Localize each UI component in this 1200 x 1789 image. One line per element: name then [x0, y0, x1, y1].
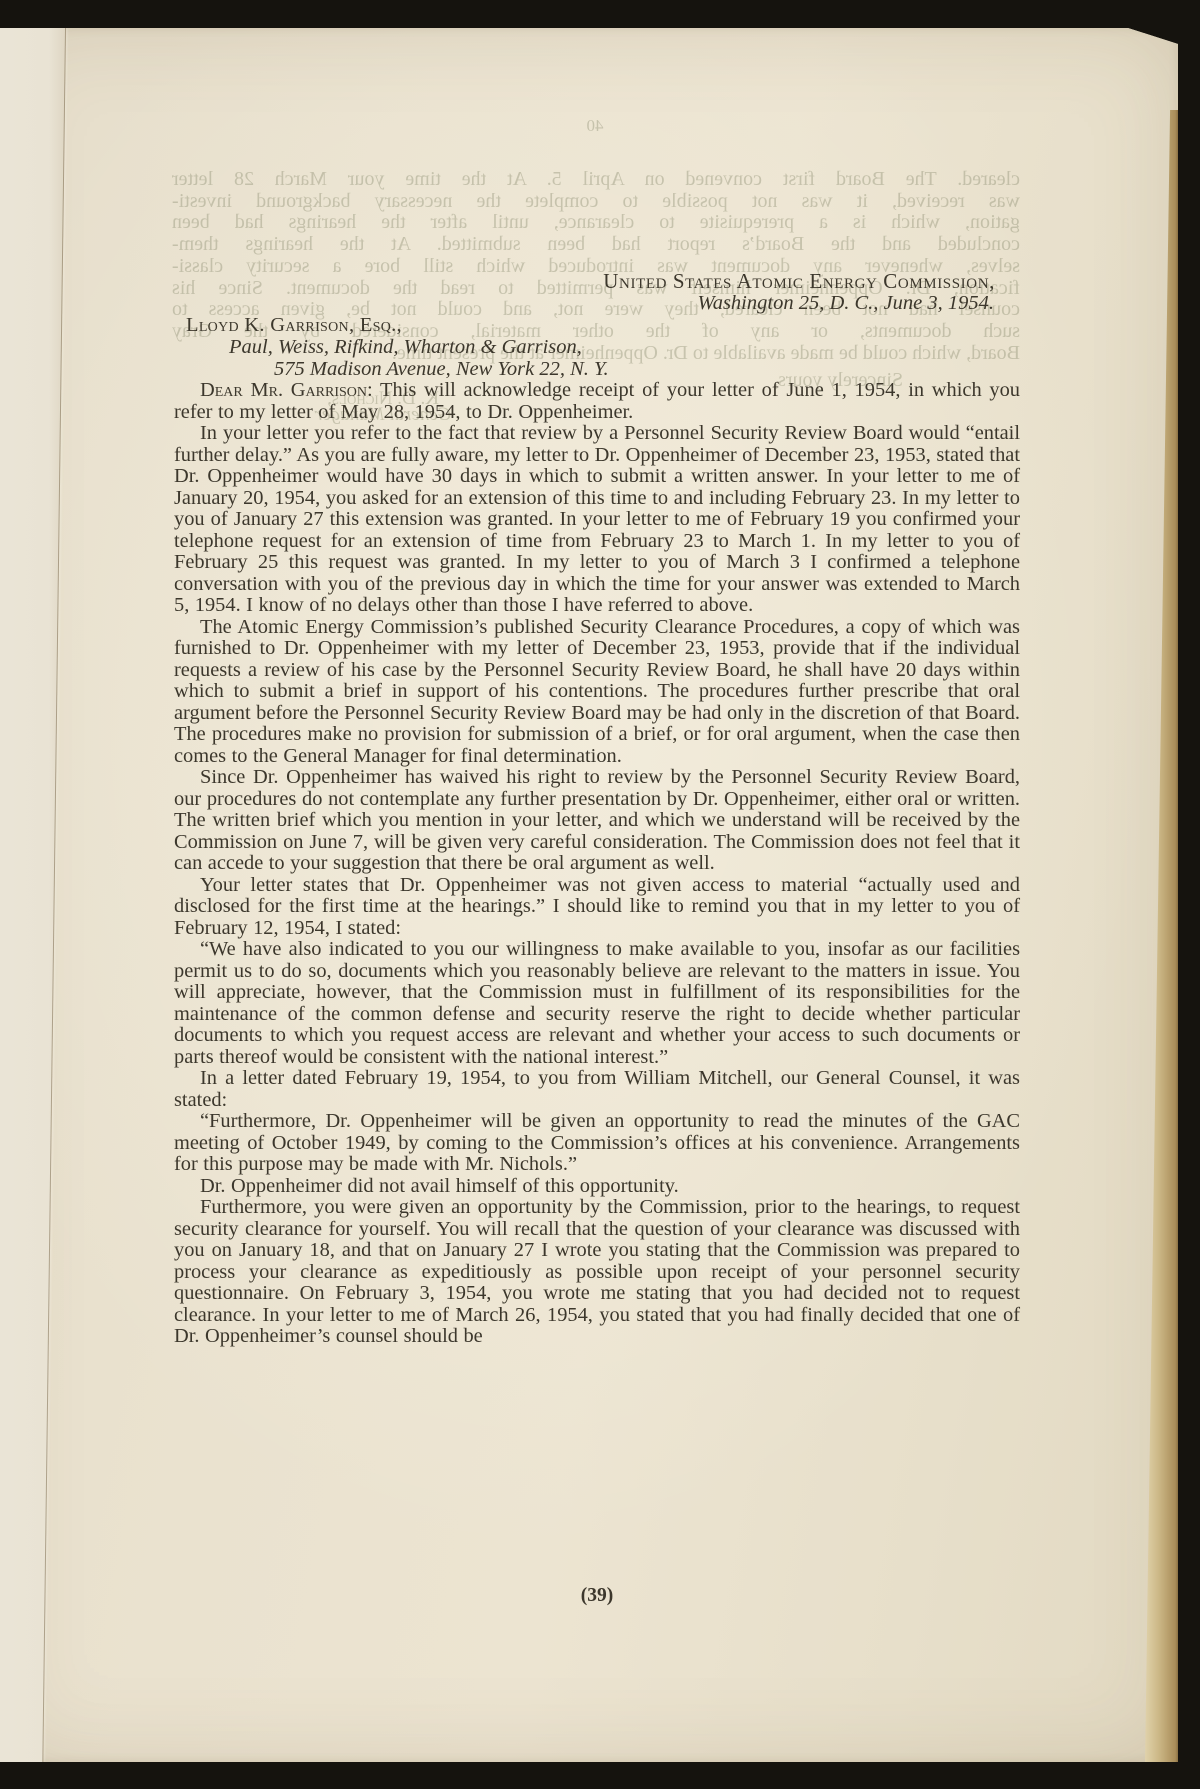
letter: United States Atomic Energy Commission, …	[174, 270, 1020, 1348]
bleedthrough-line: gation, which is a prerequisite to clear…	[172, 212, 1020, 234]
paragraph-opening: Dear Mr. Garrison: This will acknowledge…	[174, 380, 1020, 423]
paragraph: Your letter states that Dr. Oppenheimer …	[174, 875, 1020, 940]
bleedthrough-line: cleared. The Board first convened on Apr…	[172, 169, 1020, 191]
letterhead-organization: United States Atomic Energy Commission,	[174, 270, 1020, 292]
letterhead-dateline: Washington 25, D. C., June 3, 1954.	[174, 292, 1020, 314]
paragraph: In a letter dated February 19, 1954, to …	[174, 1068, 1020, 1111]
paragraph: “We have also indicated to you our willi…	[174, 939, 1020, 1068]
paragraph: “Furthermore, Dr. Oppenheimer will be gi…	[174, 1111, 1020, 1176]
salutation: Dear Mr. Garrison:	[200, 379, 373, 401]
page-number: (39)	[174, 1585, 1020, 1607]
paper-page: 40 cleared. The Board first convened on …	[0, 28, 1178, 1762]
recipient-name: Lloyd K. Garrison, Esq.,	[174, 314, 1020, 336]
paragraph: The Atomic Energy Commission’s published…	[174, 617, 1020, 768]
bleedthrough-page-number: 40	[555, 116, 635, 136]
paragraph: Since Dr. Oppenheimer has waived his rig…	[174, 767, 1020, 875]
paragraph: Dr. Oppenheimer did not avail himself of…	[174, 1176, 1020, 1198]
paragraph: Furthermore, you were given an opportuni…	[174, 1197, 1020, 1348]
paragraph: In your letter you refer to the fact tha…	[174, 423, 1020, 617]
recipient-address: 575 Madison Avenue, New York 22, N. Y.	[174, 358, 1020, 380]
recipient-firm: Paul, Weiss, Rifkind, Wharton & Garrison…	[174, 336, 1020, 358]
letter-paragraphs: In your letter you refer to the fact tha…	[174, 423, 1020, 1348]
scanned-book-page: 40 cleared. The Board first convened on …	[0, 0, 1200, 1789]
bleedthrough-line: was received, it was not possible to com…	[172, 191, 1020, 213]
bleedthrough-line: concluded and the Board’s report had bee…	[172, 234, 1020, 256]
